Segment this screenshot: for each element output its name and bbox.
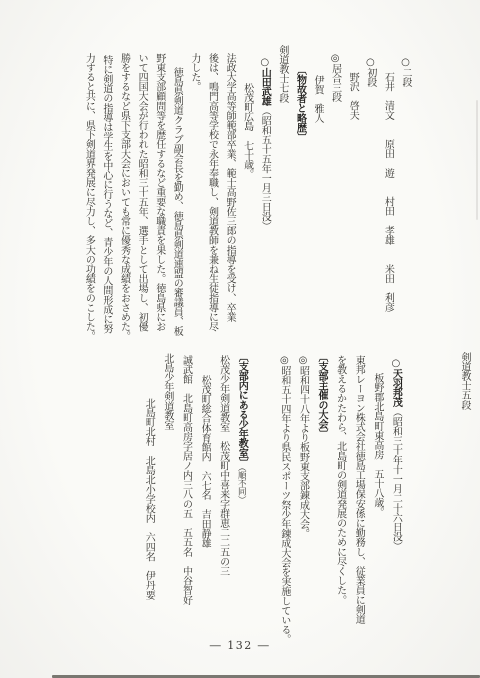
classroom1-venue-count-teacher: 松茂町総合体育館内 六七名 吉田静雄 [194,350,213,644]
scanned-book-page: { "page": { "page_number": "― 132 ―", "p… [0,0,480,678]
rank-iai-sandan-header: ◎居合三段 [326,45,344,341]
deceased1-bio-line-9: 力すると共に、県下剣道界発展に尽力し、多大の功績をのこした。 [80,45,98,341]
deceased1-rank: 剣道教士七段 [273,45,291,341]
deceased1-bio-line-4: 徳島県剣道クラブ副会長を勤め、徳島県剣道連盟の審議員、板 [168,45,186,341]
deceased1-bio-line-7: 勝をするなど県下支部大会においても常に優秀な成績をおさめた。 [115,45,133,341]
classroom1-name-address: 松茂少年剣道教室 松茂町中喜来字群恵二二五の三 [213,350,232,644]
rank-shodan-header: ○初段 [361,45,379,341]
deceased1-bio-line-1: 法政大学高等師範部卒業、範士高野佐三郎の指導を受け、卒業 [220,45,238,341]
deceased1-bio-line-3: 力した。 [185,45,203,341]
deceased2-rank: 剣道教士五段 [454,350,473,644]
deceased2-bio-line-2: を教えるかたわら、北島町の剣道発展のために尽くした。 [330,350,349,644]
dan-promotion-and-obituary-block: ○二段石井 清文 原田 遊 村田 孝雄 米田 利彦○初段野沢 啓夫◎居合三段伊賀… [80,45,414,341]
classroom2-name-address-count-teacher: 誠武館 北島町高房字居ノ内三八の五 五五名 中谷智好 [176,350,195,644]
shodan-name-list: 野沢 啓夫 [344,45,362,341]
classroom3-name: 北島少年剣道教室 [157,350,176,644]
iai-sandan-name-list: 伊賀 雅人 [308,45,326,341]
branch-tournament-section-header: 〔支部主催の大会〕 [311,350,330,644]
youth-classroom-section-header: 〔支部内にある少年教室〕（順不同） [232,350,251,644]
classroom3-venue-count-teacher: 北島町北村 北島北小学校内 六四名 伊丹要 [139,350,158,644]
deceased2-name-line: ○天羽邦茂（昭和三十年十一月二十六日没） [386,350,405,644]
scan-smudge-artifact [476,100,478,220]
deceased1-name-line: ○山田武雄（昭和五十五年一月三日没） [256,45,274,341]
deceased1-address-age: 松茂町広島 七十歳。 [238,45,256,341]
deceased1-bio-line-2: 後は、鳴門高等学校で永年奉職し、剣道教師を兼ね生徒指導に尽 [203,45,221,341]
deceased2-bio-line-1: 東邦レーヨン株式会社徳島工場保安係に勤務し、従業員に剣道 [349,350,368,644]
deceased1-bio-line-5: 野東支部顧問等を歴任するなど重要な職責を果した。徳島県にお [150,45,168,341]
page-number: ― 132 ― [0,639,480,652]
deceased1-bio-line-6: いて四国大会が行われた昭和三十五年、選手として出場し、初優 [133,45,151,341]
branch-tournament-item-2: ◎昭和五十四年より県民スポーツ祭少年錬成大会を実施している。 [274,350,293,644]
deceased2-address-age: 板野郡北島町東高房 五十八歳。 [367,350,386,644]
nidan-name-list: 石井 清文 原田 遊 村田 孝雄 米田 利彦 [379,45,397,341]
rank-nidan-header: ○二段 [396,45,414,341]
deceased-section-header: 〔物故者と略歴〕 [291,45,309,341]
branch-tournament-item-1: ◎昭和四十八年より板野東支部錬成大会。 [293,350,312,644]
obituary-and-branch-info-block: 剣道教士五段○天羽邦茂（昭和三十年十一月二十六日没）板野郡北島町東高房 五十八歳… [139,350,473,644]
deceased1-bio-line-8: 特に剣道の指導は学生を中心に行うなど、青少年の人間形成に努 [97,45,115,341]
